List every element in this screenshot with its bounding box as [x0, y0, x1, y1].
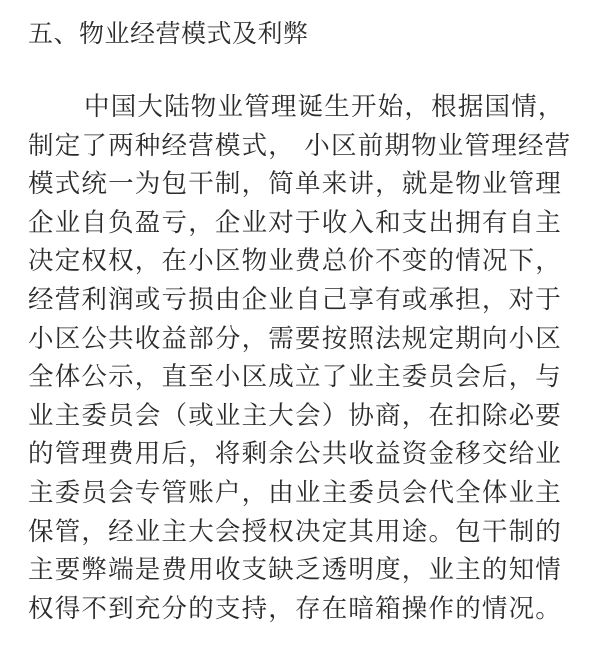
paragraph-line: 模式统一为包干制，简单来讲，就是物业管理 [28, 165, 580, 204]
paragraph-line: 全体公示，直至小区成立了业主委员会后，与 [28, 358, 580, 397]
paragraph-line: 中国大陆物业管理诞生开始，根据国情， [28, 88, 580, 127]
paragraph-line: 业主委员会（或业主大会）协商，在扣除必要 [28, 397, 580, 436]
paragraph-line: 制定了两种经营模式， 小区前期物业管理经营 [28, 127, 580, 166]
paragraph-line: 主委员会专管账户，由业主委员会代全体业主 [28, 474, 580, 513]
paragraph-line: 主要弊端是费用收支缺乏透明度，业主的知情 [28, 551, 580, 590]
paragraph-line: 权得不到充分的支持，存在暗箱操作的情况。 [28, 590, 580, 629]
section-heading: 五、物业经营模式及利弊 [28, 16, 309, 52]
paragraph-line: 的管理费用后，将剩余公共收益资金移交给业 [28, 435, 580, 474]
paragraph-line: 经营利润或亏损由企业自己享有或承担，对于 [28, 281, 580, 320]
paragraph-line: 企业自负盈亏，企业对于收入和支出拥有自主 [28, 204, 580, 243]
body-paragraph: 中国大陆物业管理诞生开始，根据国情， 制定了两种经营模式， 小区前期物业管理经营… [28, 88, 580, 628]
paragraph-line: 保管，经业主大会授权决定其用途。包干制的 [28, 513, 580, 552]
paragraph-line: 决定权权，在小区物业费总价不变的情况下， [28, 242, 580, 281]
paragraph-line: 小区公共收益部分，需要按照法规定期向小区 [28, 320, 580, 359]
